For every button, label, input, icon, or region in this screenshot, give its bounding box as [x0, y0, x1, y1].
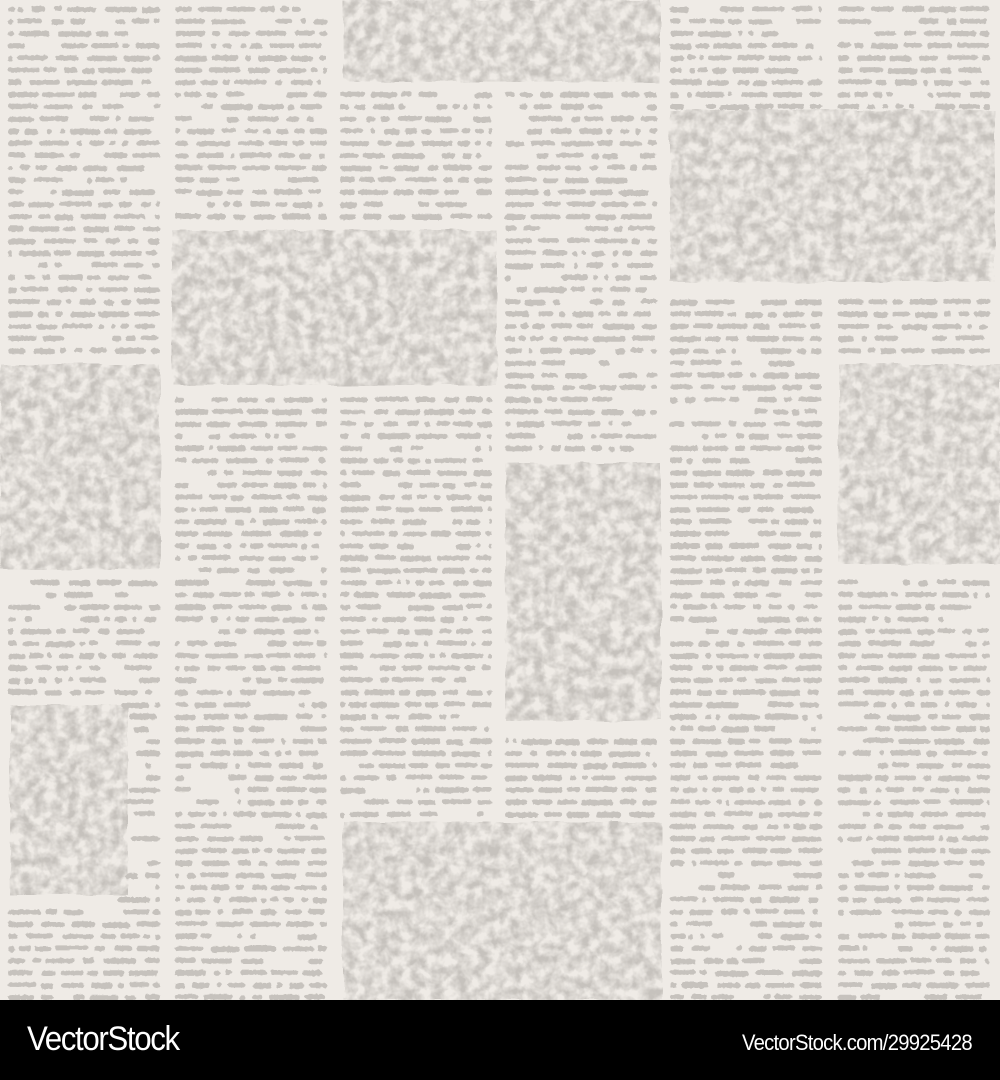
- newspaper-texture-artwork: [0, 0, 1000, 1000]
- watermark-footer: VectorStock VectorStock.com/29925428: [0, 1000, 1000, 1080]
- image-reference-text: VectorStock.com/29925428: [742, 1030, 972, 1056]
- brand-logo-text: VectorStock: [27, 1020, 179, 1059]
- newspaper-pattern-graphic: [0, 0, 1000, 1000]
